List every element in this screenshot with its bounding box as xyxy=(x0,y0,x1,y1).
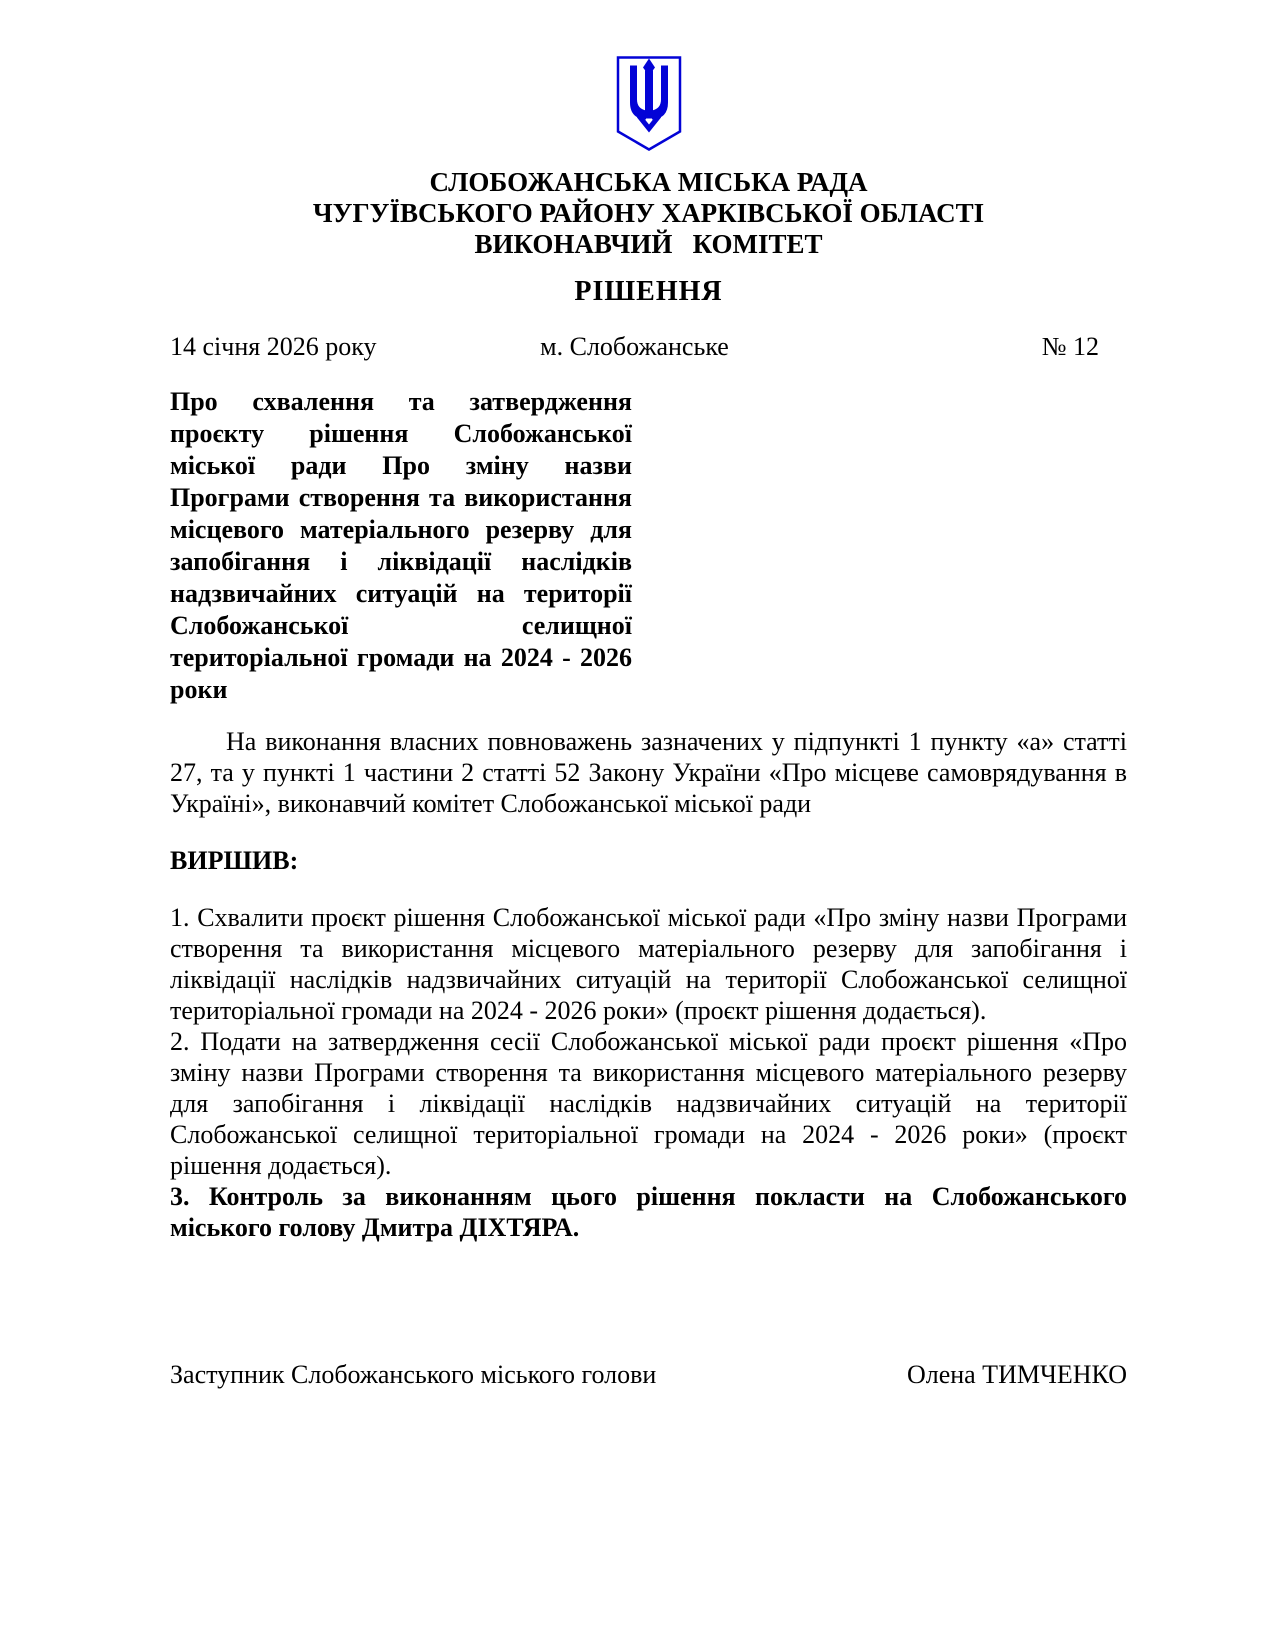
document-date: 14 січня 2026 року xyxy=(170,331,540,362)
emblem-container xyxy=(170,55,1127,159)
org-name-line3: ВИКОНАВЧИЙ КОМІТЕТ xyxy=(170,229,1127,260)
org-name-line1: СЛОБОЖАНСЬКА МІСЬКА РАДА xyxy=(170,167,1127,198)
meta-row: 14 січня 2026 року м. Слобожанське № 12 xyxy=(170,331,1127,362)
signature-row: Заступник Слобожанського міського голови… xyxy=(170,1359,1127,1390)
document-number: № 12 xyxy=(729,331,1127,362)
resolution-items: 1. Схвалити проєкт рішення Слобожанської… xyxy=(170,902,1127,1243)
preamble-paragraph: На виконання власних повноважень зазначе… xyxy=(170,726,1127,819)
subject-block: Про схвалення та затвердження проєкту рі… xyxy=(170,386,632,706)
resolution-item-2: 2. Подати на затвердження сесії Слобожан… xyxy=(170,1026,1127,1181)
document-type-title: РІШЕННЯ xyxy=(170,276,1127,307)
signature-position: Заступник Слобожанського міського голови xyxy=(170,1359,656,1390)
resolved-heading: ВИРШИВ: xyxy=(170,845,1127,876)
org-name-line2: ЧУГУЇВСЬКОГО РАЙОНУ ХАРКІВСЬКОЇ ОБЛАСТІ xyxy=(170,198,1127,229)
ukraine-trident-emblem-icon xyxy=(616,55,682,152)
resolution-item-1: 1. Схвалити проєкт рішення Слобожанської… xyxy=(170,902,1127,1026)
org-header: СЛОБОЖАНСЬКА МІСЬКА РАДА ЧУГУЇВСЬКОГО РА… xyxy=(170,167,1127,260)
resolution-item-3: 3. Контроль за виконанням цього рішення … xyxy=(170,1181,1127,1243)
document-place: м. Слобожанське xyxy=(540,331,729,362)
document-page: СЛОБОЖАНСЬКА МІСЬКА РАДА ЧУГУЇВСЬКОГО РА… xyxy=(0,0,1275,1650)
signature-name: Олена ТИМЧЕНКО xyxy=(907,1359,1127,1390)
